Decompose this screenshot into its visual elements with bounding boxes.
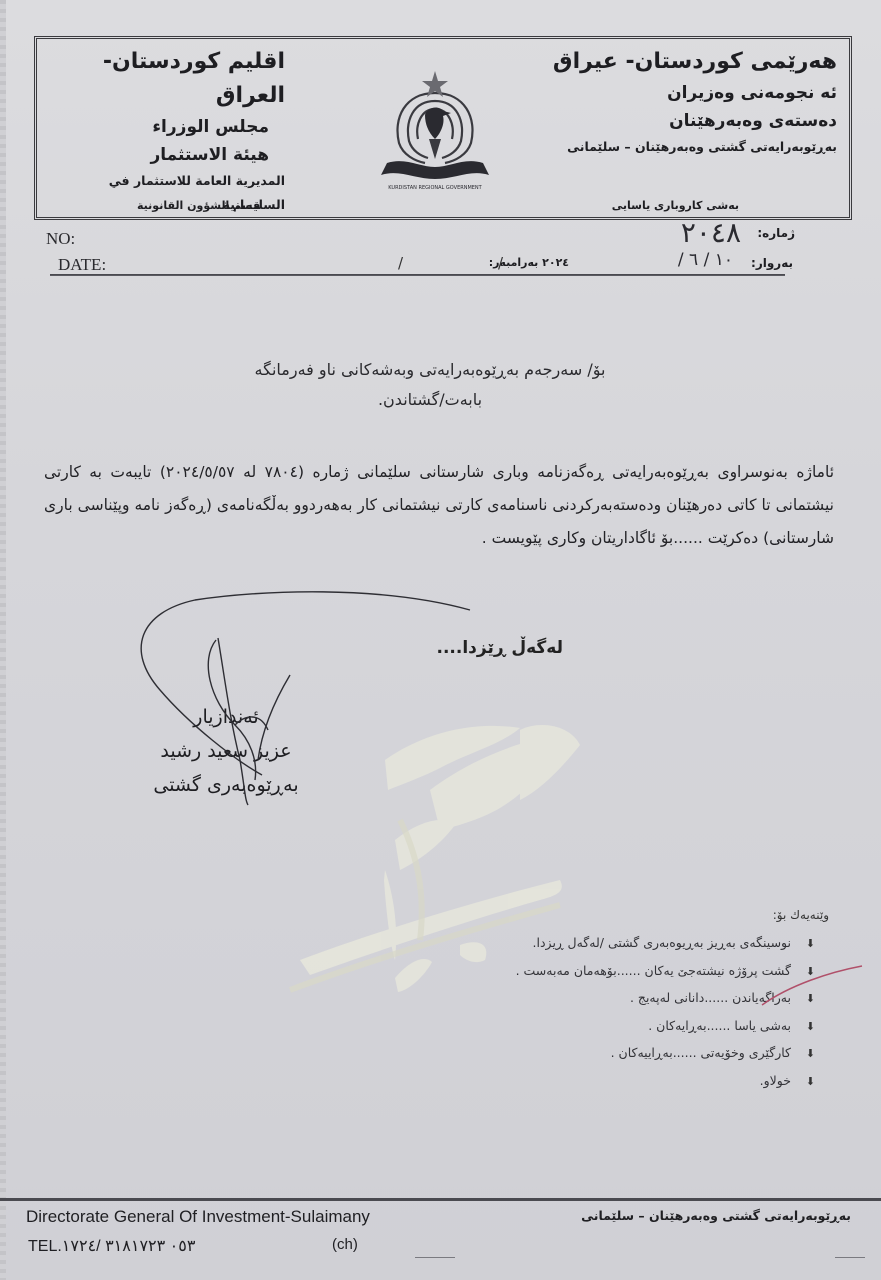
footer-english-name: Directorate General Of Investment-Sulaim… [26,1207,370,1227]
letterhead-box: اقليم كوردستان-العراق مجلس الوزراء هيئة … [34,36,852,220]
kurdish-directorate: بەڕێوبەرایەتی گشتی وەبەرهێنان – سلێمانی [547,135,837,159]
list-item: ⬇نوسینگەی بەڕیز بەڕیوەبەری گشتی /لەگەل ڕ… [516,930,815,958]
copies-title: وێنەیەك بۆ: [773,908,829,922]
copies-list: ⬇نوسینگەی بەڕیز بەڕیوەبەری گشتی /لەگەل ڕ… [516,930,815,1095]
footer-dash [835,1257,865,1258]
subject-line: بابەت/گشتاندن. [200,385,660,415]
kurdish-region-title: هەرێمی کوردستان- عیراق [547,45,837,79]
footer-kurdish-name: بەڕێوبەرایەتی گشتی وەبەرهێنان – سلێمانی [581,1208,851,1223]
arrow-down-bullet-icon: ⬇ [803,1069,815,1096]
arrow-down-bullet-icon: ⬇ [803,1014,815,1041]
kurdish-council: ئه نجومەنی وەزیران [547,79,837,107]
footer-rule [0,1198,881,1201]
signature-block: ئەندازیار عزیز سعید رشید بەڕێوەبەری گشتی [126,700,326,802]
date-separator: / [398,254,403,272]
footer-dash [415,1257,455,1258]
footer-telephone: TEL.٠٥٣ ٣١٨١٧٢٣ /١٧٢٤ [28,1236,195,1256]
list-item: ⬇بەراگەیاندن ......دانانی لەپەیج . [516,985,815,1013]
list-item: ⬇کارگێری وخۆیەتی ......بەڕاییەکان . [516,1040,815,1068]
list-item: ⬇گشت پرۆژە نیشتەجێ یەکان ......بۆهەمان م… [516,958,815,986]
kurdish-no-label: ژمارە: [757,226,795,240]
body-paragraph: ئاماژە بەنوسراوی بەڕێوەبەرایەتی ڕەگەزنام… [44,456,834,555]
list-item: ⬇خولاو. [516,1068,815,1096]
svg-text:KURDISTAN REGIONAL GOVERNMENT: KURDISTAN REGIONAL GOVERNMENT [388,185,482,191]
signer-title: ئەندازیار [126,700,326,734]
arabic-commission: هيئة الاستثمار [55,141,285,169]
date-separator: / [498,254,503,272]
letter-date: ١٠ / ٦ / [678,250,733,270]
date-label: DATE: [58,255,106,275]
kurdish-section: بەشی کاروباری یاسایی [612,199,739,212]
regards-line: لەگەڵ ڕێزدا.... [437,638,563,658]
list-item: ⬇بەشی یاسا ......بەڕایەکان . [516,1013,815,1041]
arrow-down-bullet-icon: ⬇ [803,986,815,1013]
signer-name: عزیز سعید رشید [126,734,326,768]
recipient-block: بۆ/ سەرجەم بەڕێوەبەرایەتی وبەشەکانی ناو … [200,355,660,415]
arrow-down-bullet-icon: ⬇ [803,931,815,958]
krg-eagle-emblem-icon: KURDISTAN REGIONAL GOVERNMENT [365,63,505,193]
letterhead-kurdish: هەرێمی کوردستان- عیراق ئه نجومەنی وەزیرا… [547,45,837,159]
kurdish-commission: دەستەی وەبەرهێنان [547,107,837,135]
arrow-down-bullet-icon: ⬇ [803,959,815,986]
arabic-region-title: اقليم كوردستان-العراق [55,45,285,113]
signer-position: بەڕێوەبەری گشتی [126,768,326,802]
scan-edge [0,0,6,1280]
kurdish-date-label: بەروار: [751,256,793,270]
recipient-line: بۆ/ سەرجەم بەڕێوەبەرایەتی وبەشەکانی ناو … [200,355,660,385]
arabic-section: قسم الشؤون القانونية [137,199,260,212]
letterhead-arabic: اقليم كوردستان-العراق مجلس الوزراء هيئة … [55,45,285,217]
no-label: NO: [46,229,75,249]
letter-number: ٢٠٤٨ [681,216,741,249]
arabic-council: مجلس الوزراء [55,113,285,141]
reference-underline [50,274,785,276]
document-page: اقليم كوردستان-العراق مجلس الوزراء هيئة … [0,0,881,1280]
arrow-down-bullet-icon: ⬇ [803,1041,815,1068]
footer-code: (ch) [332,1236,358,1253]
